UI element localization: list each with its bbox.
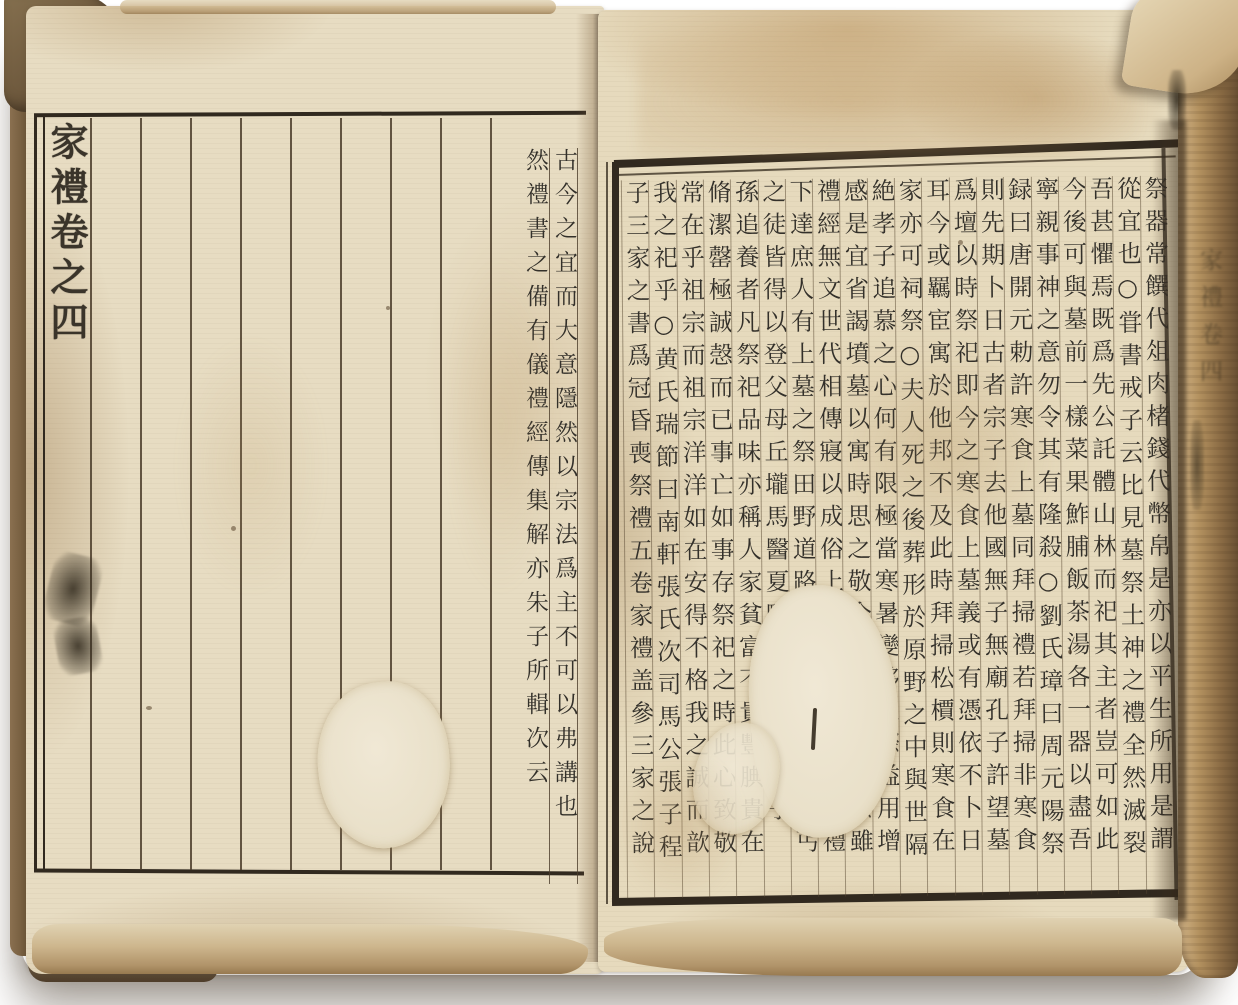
page-top-edge [120, 0, 556, 14]
edge-ink-smudge [1190, 420, 1204, 510]
left-page: 家禮卷之四 古今之宜而大意隱然以宗法爲主不可以弗講也 然禮書之備有儀禮經傳集解亦… [26, 6, 604, 974]
right-page: 祭器常饌代俎肉楮錢代幣帛是亦以平生所用是謂 從宜也○甞書戒子云比見墓祭土神之禮全… [598, 10, 1190, 972]
left-page-top-border [34, 111, 586, 117]
foxing-speck [1068, 650, 1072, 654]
stain [848, 360, 1058, 550]
ink-smudge [51, 615, 104, 678]
stain [614, 750, 744, 900]
fore-edge-label: 家禮卷四 [1186, 248, 1226, 578]
page-bottom-edge [604, 918, 1182, 976]
stain [638, 18, 1138, 158]
foxing-speck [146, 706, 152, 710]
foxing-speck [958, 240, 963, 245]
page-bottom-edge [32, 924, 588, 974]
stain [446, 256, 556, 596]
page-curl-shadow [1152, 120, 1186, 920]
foxing-speck [231, 526, 236, 531]
volume-title: 家禮卷之四 [42, 122, 94, 372]
edge-ink-smudge [1168, 70, 1186, 130]
book-photo: 家禮卷之四 古今之宜而大意隱然以宗法爲主不可以弗講也 然禮書之備有儀禮經傳集解亦… [0, 0, 1238, 1005]
left-page-outer-border [34, 114, 37, 872]
stain [176, 336, 326, 596]
right-page-left-outer-line [606, 162, 608, 904]
foxing-speck [386, 306, 390, 310]
